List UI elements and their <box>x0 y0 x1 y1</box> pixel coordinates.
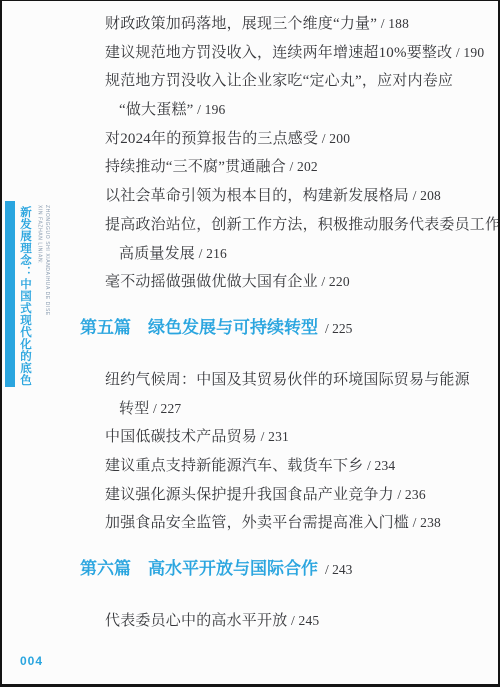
toc-entry-text: 建议规范地方罚没收入，连续两年增速超10%要整改 <box>105 45 452 61</box>
toc-entry-text: 加强食品安全监管，外卖平台需提高准入门槛 <box>105 515 409 531</box>
toc-entry: “做大蛋糕” / 196 <box>105 96 485 125</box>
toc-entry: 建议强化源头保护提升我国食品产业竞争力 / 236 <box>105 481 485 510</box>
toc-entry: 财政政策加码落地，展现三个维度“力量” / 188 <box>105 10 485 39</box>
toc-entry-page: / 216 <box>195 246 227 261</box>
toc-entry-text: 纽约气候周：中国及其贸易伙伴的环境国际贸易与能源 <box>105 372 470 388</box>
toc-entry-page: / 202 <box>286 159 318 174</box>
toc-entry-text: 持续推动“三不腐”贯通融合 <box>105 159 286 175</box>
toc-entry-page: / 238 <box>409 515 441 530</box>
toc-entry: 持续推动“三不腐”贯通融合 / 202 <box>105 153 485 182</box>
toc-entry: 对2024年的预算报告的三点感受 / 200 <box>105 125 485 154</box>
toc-entry: 代表委员心中的高水平开放 / 245 <box>105 607 485 636</box>
toc-entry-page: / 234 <box>363 458 395 473</box>
toc-section-label: 第六篇 <box>80 559 131 578</box>
toc-section-title: 高水平开放与国际合作 <box>148 559 318 578</box>
toc-entry-text: 提高政治站位，创新工作方法，积极推动服务代表委员工作 <box>105 217 500 233</box>
toc-entry-text: 财政政策加码落地，展现三个维度“力量” <box>105 16 377 32</box>
toc-entry-page: / 200 <box>318 131 350 146</box>
toc-section-page: / 225 <box>325 321 352 336</box>
toc-entry-page: / 245 <box>287 613 319 628</box>
toc-section-label: 第五篇 <box>80 318 131 337</box>
toc-entry-page: / 227 <box>149 401 181 416</box>
toc-section-page: / 243 <box>325 562 352 577</box>
page-folio: 004 <box>20 654 43 668</box>
toc-entry: 高质量发展 / 216 <box>105 240 485 269</box>
toc-entry-page: / 190 <box>452 45 484 60</box>
spine-pinyin-line2: ZHONGGUO SHI XIANDAIHUA DE DISE <box>44 205 50 316</box>
toc-entry-page: / 220 <box>318 274 350 289</box>
toc-entry: 转型 / 227 <box>105 395 485 424</box>
toc-list: 财政政策加码落地，展现三个维度“力量” / 188建议规范地方罚没收入，连续两年… <box>105 10 485 636</box>
toc-entry-page: / 188 <box>377 16 409 31</box>
toc-entry-page: / 208 <box>409 188 441 203</box>
toc-entry-text: 以社会革命引领为根本目的，构建新发展格局 <box>105 188 409 204</box>
toc-entry-text: 代表委员心中的高水平开放 <box>105 613 287 629</box>
toc-entry-text: 建议重点支持新能源汽车、载货车下乡 <box>105 458 363 474</box>
toc-section-title: 绿色发展与可持续转型 <box>148 318 318 337</box>
book-page: 新发展理念：中国式现代化的底色 XIN FAZHAN LINIAN: ZHONG… <box>0 0 500 687</box>
toc-section-header: 第六篇高水平开放与国际合作/ 243 <box>80 557 485 582</box>
toc-entry-page: / 196 <box>194 102 226 117</box>
toc-entry: 纽约气候周：中国及其贸易伙伴的环境国际贸易与能源 <box>105 366 485 395</box>
toc-entry-text: 建议强化源头保护提升我国食品产业竞争力 <box>105 487 394 503</box>
toc-entry-text: 对2024年的预算报告的三点感受 <box>105 131 318 147</box>
spine-accent-bar <box>5 201 15 387</box>
toc-entry: 建议重点支持新能源汽车、载货车下乡 / 234 <box>105 452 485 481</box>
toc-entry: 提高政治站位，创新工作方法，积极推动服务代表委员工作 <box>105 211 485 240</box>
toc-entry-page: / 231 <box>257 429 289 444</box>
toc-entry: 中国低碳技术产品贸易 / 231 <box>105 423 485 452</box>
toc-entry-text: 中国低碳技术产品贸易 <box>105 429 257 445</box>
toc-entry: 以社会革命引领为根本目的，构建新发展格局 / 208 <box>105 182 485 211</box>
toc-entry-text: “做大蛋糕” <box>119 102 194 118</box>
toc-entry-text: 高质量发展 <box>119 246 195 262</box>
toc-entry: 规范地方罚没收入让企业家吃“定心丸”，应对内卷应 <box>105 67 485 96</box>
spine-pinyin-line1: XIN FAZHAN LINIAN: <box>37 205 43 264</box>
toc-entry: 建议规范地方罚没收入，连续两年增速超10%要整改 / 190 <box>105 39 485 68</box>
toc-entry-text: 规范地方罚没收入让企业家吃“定心丸”，应对内卷应 <box>105 73 453 89</box>
spine-title-vertical: 新发展理念：中国式现代化的底色 <box>16 206 34 390</box>
spine-pinyin: XIN FAZHAN LINIAN: ZHONGGUO SHI XIANDAIH… <box>35 205 50 380</box>
toc-entry-text: 毫不动摇做强做优做大国有企业 <box>105 274 318 290</box>
toc-entry-text: 转型 <box>119 401 149 417</box>
toc-entry: 毫不动摇做强做优做大国有企业 / 220 <box>105 268 485 297</box>
toc-entry-page: / 236 <box>394 487 426 502</box>
toc-entry: 加强食品安全监管，外卖平台需提高准入门槛 / 238 <box>105 509 485 538</box>
toc-section-header: 第五篇绿色发展与可持续转型/ 225 <box>80 316 485 341</box>
